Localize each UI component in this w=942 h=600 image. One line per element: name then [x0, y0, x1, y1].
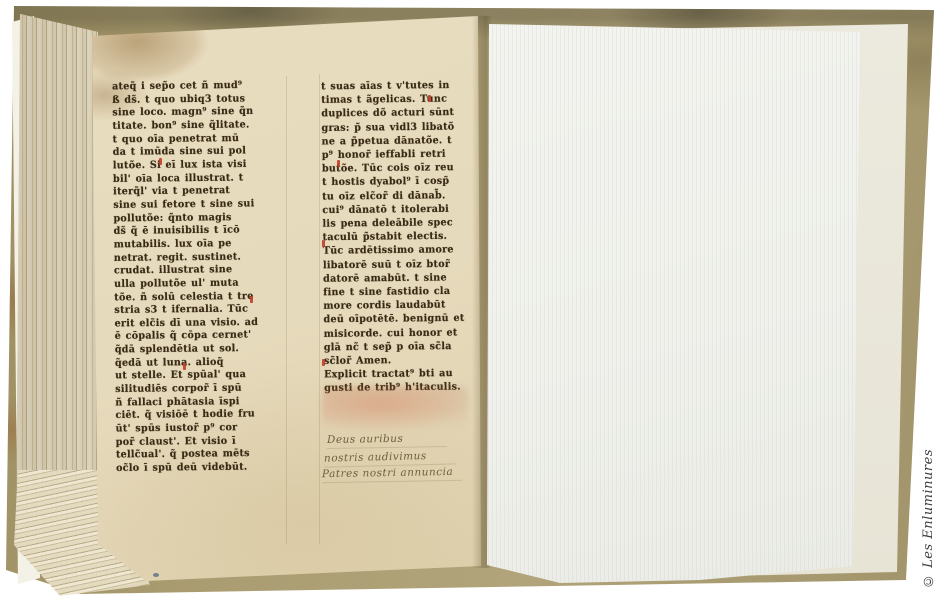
manuscript-text-line: lis pena deleābile spec [322, 216, 474, 231]
rubric-mark [428, 95, 431, 102]
text-column-1: ateq̃ i sep̃o cet ñ mud⁹ß ds̃. t quo ubi… [112, 79, 288, 476]
ruling-line [319, 74, 320, 544]
text-column-2: t suas aīas t v'tutes intimas t ãgelicas… [321, 78, 476, 395]
annotation-line: Patres nostri annuncia [322, 466, 462, 483]
manuscript-text-line: ne a p̃petua dānatõe. t [322, 133, 474, 148]
manuscript-text-line: deū oīpotētē. benignū et [323, 312, 475, 327]
manuscript-text-line: oc̃lo ī spū deū videbūt. [116, 461, 288, 476]
rubric-mark [322, 240, 325, 247]
rubric-mark [337, 160, 340, 167]
annotation-line: Deus auribus [327, 432, 447, 449]
manuscript-text-line: Tūc ardētissimo amore [323, 243, 475, 258]
photo-credit: © Les Enluminures [921, 449, 936, 588]
rubric-mark [250, 296, 253, 303]
ink-spot [153, 573, 159, 577]
manuscript-text-line: misicorde. cui honor et [324, 326, 476, 341]
manuscript-photo: ateq̃ i sep̃o cet ñ mud⁹ß ds̃. t quo ubi… [0, 0, 942, 600]
rubric-mark [183, 363, 186, 370]
rubric-mark [159, 158, 162, 165]
manuscript-text-line: gras: p̃ sua vidl3 libatõ [321, 120, 473, 135]
manuscript-text-line: duplices dõ acturi sūnt [321, 106, 473, 121]
rubric-mark [322, 359, 325, 366]
red-bleed-through [322, 386, 468, 432]
manuscript-text-line: butõe. Tūc cois oīz reu [322, 161, 474, 176]
